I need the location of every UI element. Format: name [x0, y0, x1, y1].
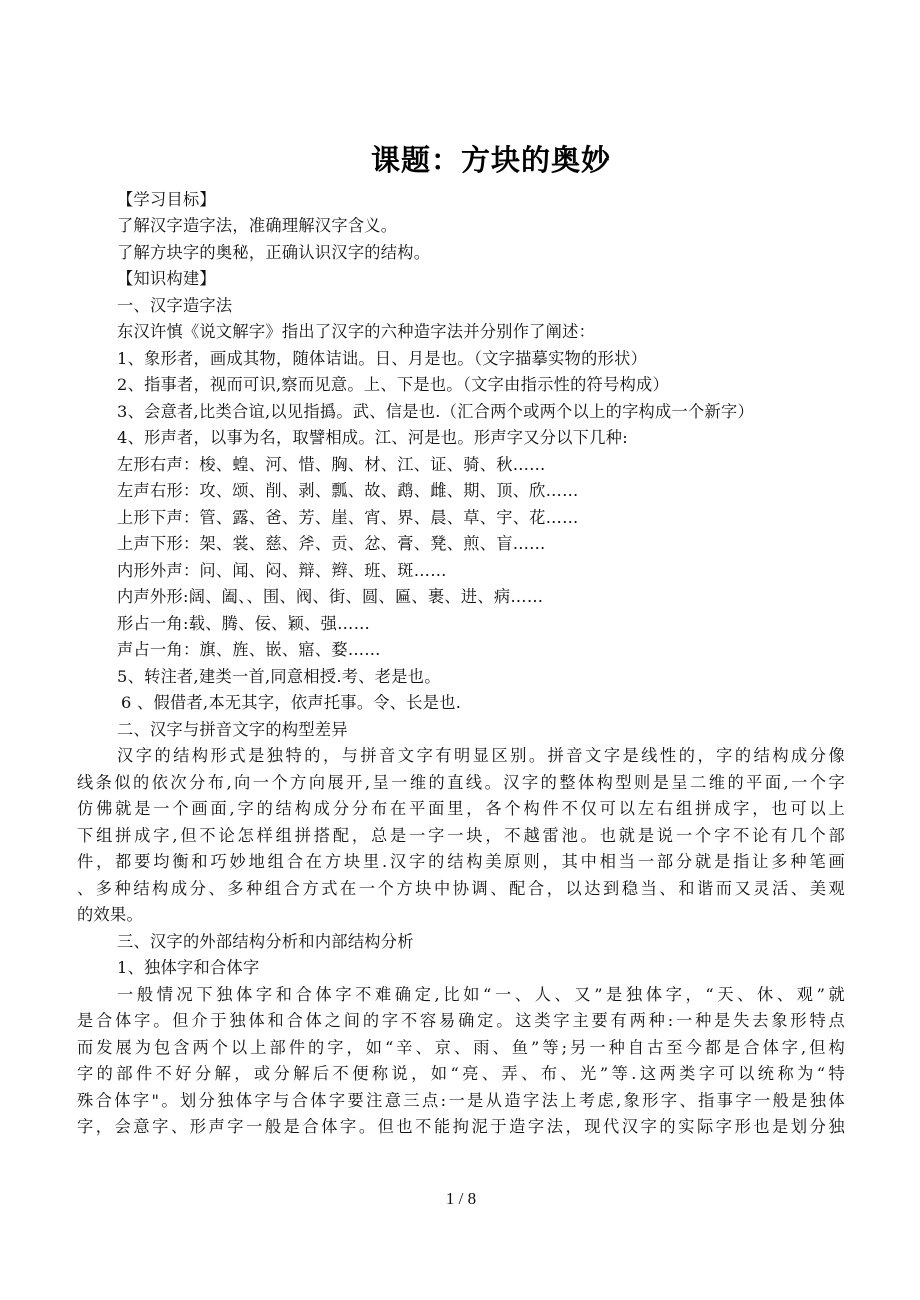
objective-line: 了解汉字造字法，准确理解汉字含义。	[117, 213, 397, 239]
subsection-heading: 1、独体字和合体字	[117, 955, 260, 981]
list-item: 2、指事者，视而可识,察而见意。上、下是也。（文字由指示性的符号构成）	[117, 372, 669, 398]
list-item: 3、会意者,比类合谊,以见指撝。武、信是也.（汇合两个或两个以上的字构成一个新字…	[117, 399, 754, 425]
document-page: 课题：方块的奥妙 【学习目标】 了解汉字造字法，准确理解汉字含义。 了解方块字的…	[0, 0, 920, 1300]
section-heading-objectives: 【学习目标】	[117, 187, 216, 213]
subsection-heading: 二、汉字与拼音文字的构型差异	[117, 717, 348, 743]
paragraph-line: 汉字的结构形式是独特的，与拼音文字有明显区别。拼音文字是线性的，字的结构成分像	[117, 743, 845, 769]
paragraph-line: 仿佛就是一个画面,字的结构成分分布在平面里，各个构件不仅可以左右组拼成字，也可以…	[77, 796, 845, 822]
text-line: 东汉许慎《说文解字》指出了汉字的六种造字法并分别作了阐述：	[117, 319, 595, 345]
section-heading-knowledge: 【知识构建】	[117, 266, 216, 292]
paragraph-line: 、多种结构成分、多种组合方式在一个方块中协调、配合，以达到稳当、和谐而又灵活、美…	[77, 876, 845, 902]
paragraph-line: 字的部件不好分解，或分解后不便称说，如“亮、弄、布、光”等.这两类字可以统称为“…	[77, 1061, 845, 1087]
paragraph-line: 字，会意字、形声字一般是合体字。但也不能拘泥于造字法，现代汉字的实际字形也是划分…	[77, 1114, 845, 1140]
example-line: 上形下声：管、露、爸、芳、崖、宵、界、晨、草、宇、花……	[117, 505, 579, 531]
list-item: 5、转注者,建类一首,同意相授.考、老是也。	[117, 664, 441, 690]
paragraph-line: 一般情况下独体字和合体字不难确定,比如“一、人、又”是独体字，“天、休、观”就	[117, 982, 845, 1008]
paragraph-line: 件，都要均衡和巧妙地组合在方块里.汉字的结构美原则，其中相当一部分就是指让多种笔…	[77, 849, 845, 875]
subsection-heading: 三、汉字的外部结构分析和内部结构分析	[117, 929, 414, 955]
example-line: 声占一角：旗、旌、嵌、寤、婺……	[117, 637, 381, 663]
paragraph-line: 而发展为包含两个以上部件的字，如“辛、京、雨、鱼”等;另一种自古至今都是合体字,…	[77, 1035, 845, 1061]
example-line: 左形右声：梭、蝗、河、惜、胸、材、江、证、骑、秋……	[117, 452, 546, 478]
paragraph-line: 的效果。	[77, 902, 143, 928]
subsection-heading: 一、汉字造字法	[117, 293, 232, 319]
list-item: 4、形声者，以事为名，取譬相成。江、河是也。形声字又分以下几种:	[117, 425, 628, 451]
list-item: 6 、假借者,本无其字，依声托事。令、长是也.	[121, 690, 461, 716]
example-line: 内形外声：问、闻、闷、辩、辫、班、斑……	[117, 558, 447, 584]
example-line: 内声外形:阔、阖、、围、阀、街、圆、匾、裹、进、病……	[117, 584, 543, 610]
paragraph-line: 线条似的依次分布,向一个方向展开,呈一维的直线。汉字的整体构型则是呈二维的平面,…	[77, 770, 845, 796]
list-item: 1、象形者，画成其物，随体诘诎。日、月是也。（文字描摹实物的形状）	[117, 346, 647, 372]
paragraph-line: 下组拼成字,但不论怎样组拼搭配，总是一字一块，不越雷池。也就是说一个字不论有几个…	[77, 823, 845, 849]
example-line: 左声右形：攻、颂、削、剥、瓢、故、鹉、雌、期、顶、欣……	[117, 478, 579, 504]
page-title: 课题：方块的奥妙	[0, 138, 920, 179]
objective-line: 了解方块字的奥秘，正确认识汉字的结构。	[117, 240, 430, 266]
paragraph-line: 殊合体字"。划分独体字与合体字要注意三点:一是从造字法上考虑,象形字、指事字一般…	[77, 1088, 845, 1114]
example-line: 形占一角:载、腾、佞、颖、强……	[117, 611, 370, 637]
page-number: 1 / 8	[0, 1189, 920, 1209]
example-line: 上声下形：架、裳、慈、斧、贡、忿、膏、凳、煎、盲……	[117, 531, 546, 557]
paragraph-line: 是合体字。但介于独体和合体之间的字不容易确定。这类字主要有两种:一种是失去象形特…	[77, 1008, 845, 1034]
